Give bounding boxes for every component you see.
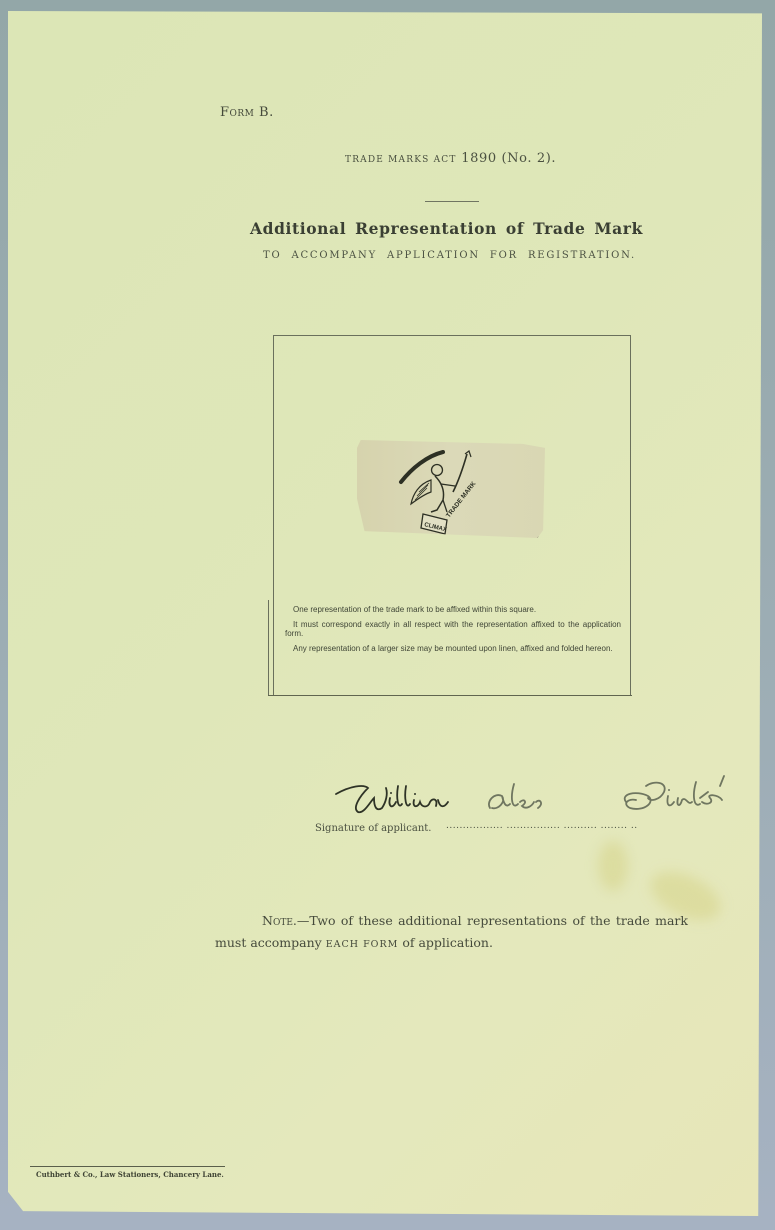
trade-mark-text: TRADE MARK [445, 480, 478, 519]
stain [598, 841, 628, 891]
act-number: (No. 2). [502, 151, 557, 166]
form-label: Form B. [220, 105, 274, 120]
box-edge [268, 600, 269, 696]
signature-label: Signature of applicant. [315, 823, 431, 834]
instruction-item: Any representation of a larger size may … [285, 644, 621, 653]
act-year: 1890 [461, 151, 496, 166]
note-paragraph: Note.—Two of these additional representa… [215, 910, 688, 956]
page-subtitle: TO ACCOMPANY APPLICATION FOR REGISTRATIO… [263, 250, 636, 261]
instruction-item: It must correspond exactly in all respec… [285, 620, 621, 638]
footer-rule [30, 1166, 225, 1167]
box-bottom-rule [268, 695, 632, 696]
printer-imprint: Cuthbert & Co., Law Stationers, Chancery… [36, 1170, 224, 1179]
cherub-climax-trade-mark-icon: CLIMAX TRADE MARK [357, 440, 545, 538]
handwritten-signature [330, 772, 740, 822]
note-lead: Note. [215, 913, 297, 928]
instruction-item: One representation of the trade mark to … [285, 605, 621, 614]
box-instructions: One representation of the trade mark to … [285, 605, 621, 659]
note-text-end: of application. [402, 935, 493, 950]
divider-rule [425, 201, 479, 202]
act-prefix: Trade Marks Act [345, 155, 457, 165]
trade-mark-specimen: CLIMAX TRADE MARK [357, 440, 545, 538]
act-line: Trade Marks Act 1890 (No. 2). [345, 151, 556, 166]
note-emphasis: each form [326, 939, 399, 950]
signature-line[interactable]: ................. ................ .....… [446, 821, 638, 831]
page-title: Additional Representation of Trade Mark [250, 219, 643, 238]
